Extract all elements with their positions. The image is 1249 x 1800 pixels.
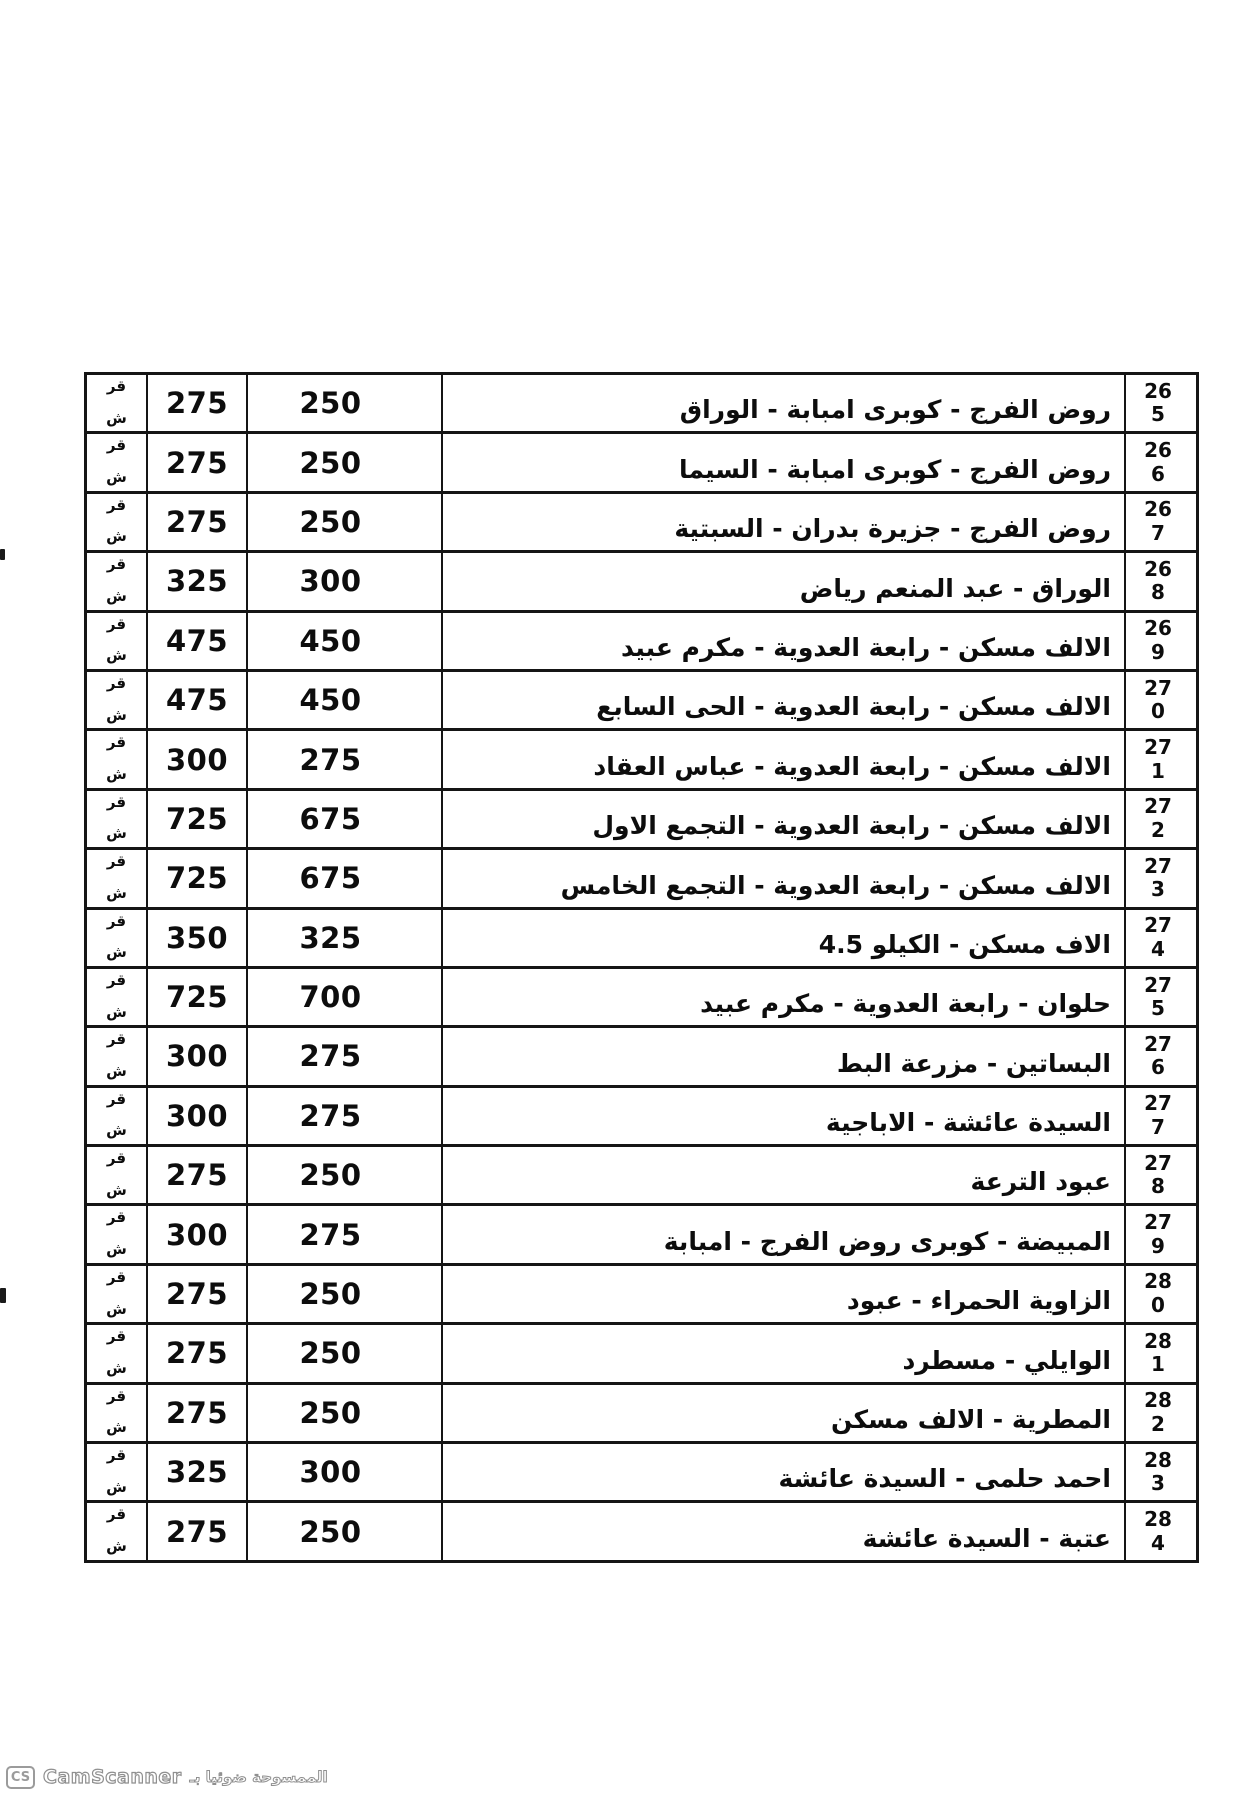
currency-unit-line1: قر xyxy=(107,1032,126,1048)
table-row: قر ش 275 250 روض الفرج - كوبرى امبابة - … xyxy=(87,375,1196,431)
route-number-cell: 26 8 xyxy=(1126,553,1196,609)
route-name-cell: روض الفرج - كوبرى امبابة - السيما xyxy=(443,434,1126,490)
fare-low-cell: 675 xyxy=(248,850,443,906)
route-number-bottom: 0 xyxy=(1151,700,1165,724)
currency-unit-line1: قر xyxy=(107,1329,126,1345)
route-name-cell: السيدة عائشة - الاباجية xyxy=(443,1088,1126,1144)
currency-unit-line2: ش xyxy=(106,1539,127,1555)
currency-unit-line1: قر xyxy=(107,379,126,395)
table-row: قر ش 300 275 الالف مسكن - رابعة العدوية … xyxy=(87,728,1196,787)
currency-unit-line1: قر xyxy=(107,1448,126,1464)
fare-low-cell: 325 xyxy=(248,910,443,966)
currency-unit-line2: ش xyxy=(106,1302,127,1318)
route-name-cell: الالف مسكن - رابعة العدوية - التجمع الخا… xyxy=(443,850,1126,906)
route-number-top: 27 xyxy=(1144,914,1172,938)
currency-unit-line1: قر xyxy=(107,1270,126,1286)
currency-unit-line2: ش xyxy=(106,826,127,842)
currency-unit-line2: ش xyxy=(106,1183,127,1199)
table-row: قر ش 325 300 الوراق - عبد المنعم رياض 26… xyxy=(87,550,1196,609)
camscanner-brand-text: CamScanner xyxy=(43,1766,182,1788)
route-name-cell: عتبة - السيدة عائشة xyxy=(443,1503,1126,1559)
fare-low-cell: 250 xyxy=(248,494,443,550)
fare-low-cell: 450 xyxy=(248,672,443,728)
currency-unit-cell: قر ش xyxy=(87,613,148,669)
currency-unit-line1: قر xyxy=(107,854,126,870)
currency-unit-cell: قر ش xyxy=(87,1385,148,1441)
route-number-cell: 27 8 xyxy=(1126,1147,1196,1203)
currency-unit-line2: ش xyxy=(106,648,127,664)
route-name-cell: الالف مسكن - رابعة العدوية - مكرم عبيد xyxy=(443,613,1126,669)
fare-low-cell: 250 xyxy=(248,1266,443,1322)
route-number-bottom: 8 xyxy=(1151,581,1165,605)
route-name-cell: حلوان - رابعة العدوية - مكرم عبيد xyxy=(443,969,1126,1025)
route-name-cell: البساتين - مزرعة البط xyxy=(443,1028,1126,1084)
fare-high-cell: 475 xyxy=(148,672,248,728)
currency-unit-cell: قر ش xyxy=(87,791,148,847)
route-number-cell: 27 5 xyxy=(1126,969,1196,1025)
route-number-cell: 28 0 xyxy=(1126,1266,1196,1322)
route-number-top: 27 xyxy=(1144,855,1172,879)
table-row: قر ش 325 300 احمد حلمى - السيدة عائشة 28… xyxy=(87,1441,1196,1500)
route-number-top: 27 xyxy=(1144,795,1172,819)
currency-unit-line2: ش xyxy=(106,1361,127,1377)
currency-unit-cell: قر ش xyxy=(87,910,148,966)
fare-high-cell: 325 xyxy=(148,553,248,609)
route-name-cell: الالف مسكن - رابعة العدوية - التجمع الاو… xyxy=(443,791,1126,847)
currency-unit-line1: قر xyxy=(107,1151,126,1167)
fare-high-cell: 275 xyxy=(148,494,248,550)
fare-high-cell: 350 xyxy=(148,910,248,966)
table-row: قر ش 275 250 روض الفرج - جزيرة بدران - ا… xyxy=(87,491,1196,550)
table-row: قر ش 475 450 الالف مسكن - رابعة العدوية … xyxy=(87,610,1196,669)
route-number-bottom: 0 xyxy=(1151,1294,1165,1318)
currency-unit-cell: قر ش xyxy=(87,1147,148,1203)
currency-unit-cell: قر ش xyxy=(87,553,148,609)
route-number-top: 26 xyxy=(1144,617,1172,641)
fare-high-cell: 725 xyxy=(148,791,248,847)
table-row: قر ش 300 275 السيدة عائشة - الاباجية 27 … xyxy=(87,1085,1196,1144)
currency-unit-line1: قر xyxy=(107,1507,126,1523)
route-number-bottom: 4 xyxy=(1151,938,1165,962)
fare-low-cell: 700 xyxy=(248,969,443,1025)
route-name-cell: المطرية - الالف مسكن xyxy=(443,1385,1126,1441)
camscanner-watermark: CS CamScanner الممسوحة ضوئيا بـ xyxy=(6,1763,328,1791)
currency-unit-cell: قر ش xyxy=(87,1206,148,1262)
scan-artifact xyxy=(0,549,5,560)
currency-unit-cell: قر ش xyxy=(87,434,148,490)
route-name-cell: عبود الترعة xyxy=(443,1147,1126,1203)
currency-unit-line2: ش xyxy=(106,1242,127,1258)
route-name-cell: الزاوية الحمراء - عبود xyxy=(443,1266,1126,1322)
route-number-cell: 26 5 xyxy=(1126,375,1196,431)
fare-low-cell: 250 xyxy=(248,434,443,490)
currency-unit-cell: قر ش xyxy=(87,375,148,431)
route-name-cell: الاف مسكن - الكيلو 4.5 xyxy=(443,910,1126,966)
scanned-with-arabic-text: الممسوحة ضوئيا بـ xyxy=(190,1768,328,1786)
table-row: قر ش 300 275 البساتين - مزرعة البط 27 6 xyxy=(87,1025,1196,1084)
route-name-cell: الالف مسكن - رابعة العدوية - عباس العقاد xyxy=(443,731,1126,787)
table-row: قر ش 350 325 الاف مسكن - الكيلو 4.5 27 4 xyxy=(87,907,1196,966)
fare-high-cell: 275 xyxy=(148,375,248,431)
currency-unit-cell: قر ش xyxy=(87,1325,148,1381)
route-number-cell: 27 6 xyxy=(1126,1028,1196,1084)
route-number-bottom: 2 xyxy=(1151,1413,1165,1437)
fare-low-cell: 275 xyxy=(248,731,443,787)
table-row: قر ش 275 250 عبود الترعة 27 8 xyxy=(87,1144,1196,1203)
currency-unit-line2: ش xyxy=(106,1123,127,1139)
route-number-top: 27 xyxy=(1144,736,1172,760)
fare-high-cell: 275 xyxy=(148,1325,248,1381)
route-number-cell: 26 6 xyxy=(1126,434,1196,490)
currency-unit-cell: قر ش xyxy=(87,1266,148,1322)
route-name-cell: الوراق - عبد المنعم رياض xyxy=(443,553,1126,609)
fare-low-cell: 250 xyxy=(248,375,443,431)
route-number-bottom: 1 xyxy=(1151,1353,1165,1377)
fare-high-cell: 300 xyxy=(148,1028,248,1084)
route-number-bottom: 2 xyxy=(1151,819,1165,843)
currency-unit-cell: قر ش xyxy=(87,1444,148,1500)
currency-unit-cell: قر ش xyxy=(87,1088,148,1144)
route-number-cell: 26 9 xyxy=(1126,613,1196,669)
route-number-bottom: 6 xyxy=(1151,1056,1165,1080)
currency-unit-line2: ش xyxy=(106,411,127,427)
route-number-top: 28 xyxy=(1144,1389,1172,1413)
route-name-cell: احمد حلمى - السيدة عائشة xyxy=(443,1444,1126,1500)
fare-low-cell: 275 xyxy=(248,1028,443,1084)
route-number-cell: 26 7 xyxy=(1126,494,1196,550)
currency-unit-line2: ش xyxy=(106,1480,127,1496)
currency-unit-line1: قر xyxy=(107,438,126,454)
route-number-bottom: 9 xyxy=(1151,1235,1165,1259)
currency-unit-line2: ش xyxy=(106,470,127,486)
fare-high-cell: 300 xyxy=(148,731,248,787)
currency-unit-line2: ش xyxy=(106,767,127,783)
route-number-top: 26 xyxy=(1144,380,1172,404)
route-number-top: 27 xyxy=(1144,1152,1172,1176)
fare-low-cell: 275 xyxy=(248,1088,443,1144)
fare-high-cell: 300 xyxy=(148,1088,248,1144)
currency-unit-line2: ش xyxy=(106,886,127,902)
fare-low-cell: 250 xyxy=(248,1147,443,1203)
route-name-cell: المبيضة - كوبرى روض الفرج - امبابة xyxy=(443,1206,1126,1262)
route-number-top: 27 xyxy=(1144,1092,1172,1116)
currency-unit-line2: ش xyxy=(106,1005,127,1021)
fare-low-cell: 300 xyxy=(248,1444,443,1500)
fare-high-cell: 275 xyxy=(148,1503,248,1559)
table-row: قر ش 275 250 روض الفرج - كوبرى امبابة - … xyxy=(87,431,1196,490)
route-number-cell: 27 0 xyxy=(1126,672,1196,728)
currency-unit-line1: قر xyxy=(107,795,126,811)
currency-unit-line1: قر xyxy=(107,676,126,692)
table-row: قر ش 475 450 الالف مسكن - رابعة العدوية … xyxy=(87,669,1196,728)
fare-low-cell: 675 xyxy=(248,791,443,847)
route-number-cell: 27 4 xyxy=(1126,910,1196,966)
route-number-bottom: 5 xyxy=(1151,403,1165,427)
fare-high-cell: 475 xyxy=(148,613,248,669)
route-number-cell: 28 2 xyxy=(1126,1385,1196,1441)
table-row: قر ش 275 250 الوايلي - مسطرد 28 1 xyxy=(87,1322,1196,1381)
fare-table: قر ش 275 250 روض الفرج - كوبرى امبابة - … xyxy=(84,372,1199,1563)
fare-high-cell: 725 xyxy=(148,850,248,906)
route-number-bottom: 9 xyxy=(1151,641,1165,665)
table-row: قر ش 275 250 الزاوية الحمراء - عبود 28 0 xyxy=(87,1263,1196,1322)
table-row: قر ش 725 675 الالف مسكن - رابعة العدوية … xyxy=(87,847,1196,906)
currency-unit-cell: قر ش xyxy=(87,969,148,1025)
route-number-top: 27 xyxy=(1144,677,1172,701)
route-number-bottom: 3 xyxy=(1151,1472,1165,1496)
currency-unit-cell: قر ش xyxy=(87,850,148,906)
currency-unit-line1: قر xyxy=(107,914,126,930)
route-number-bottom: 5 xyxy=(1151,997,1165,1021)
route-number-bottom: 6 xyxy=(1151,463,1165,487)
fare-low-cell: 250 xyxy=(248,1325,443,1381)
route-number-top: 28 xyxy=(1144,1508,1172,1532)
currency-unit-line2: ش xyxy=(106,708,127,724)
table-row: قر ش 725 675 الالف مسكن - رابعة العدوية … xyxy=(87,788,1196,847)
route-number-bottom: 3 xyxy=(1151,878,1165,902)
route-number-top: 26 xyxy=(1144,558,1172,582)
route-number-cell: 28 4 xyxy=(1126,1503,1196,1559)
fare-high-cell: 725 xyxy=(148,969,248,1025)
fare-high-cell: 300 xyxy=(148,1206,248,1262)
route-number-cell: 27 9 xyxy=(1126,1206,1196,1262)
currency-unit-cell: قر ش xyxy=(87,1028,148,1084)
route-number-bottom: 4 xyxy=(1151,1532,1165,1556)
route-number-top: 27 xyxy=(1144,1033,1172,1057)
currency-unit-line2: ش xyxy=(106,529,127,545)
fare-high-cell: 275 xyxy=(148,1266,248,1322)
currency-unit-cell: قر ش xyxy=(87,1503,148,1559)
route-number-top: 28 xyxy=(1144,1270,1172,1294)
scanned-document-page: { "document": { "currency_unit_lines": [… xyxy=(0,0,1249,1800)
route-number-top: 28 xyxy=(1144,1330,1172,1354)
fare-high-cell: 275 xyxy=(148,1385,248,1441)
table-row: قر ش 275 250 عتبة - السيدة عائشة 28 4 xyxy=(87,1500,1196,1559)
fare-high-cell: 275 xyxy=(148,1147,248,1203)
currency-unit-line2: ش xyxy=(106,589,127,605)
route-number-bottom: 8 xyxy=(1151,1175,1165,1199)
currency-unit-line1: قر xyxy=(107,1389,126,1405)
camscanner-logo-icon: CS xyxy=(6,1766,35,1789)
currency-unit-line2: ش xyxy=(106,1420,127,1436)
route-number-cell: 27 7 xyxy=(1126,1088,1196,1144)
route-name-cell: روض الفرج - كوبرى امبابة - الوراق xyxy=(443,375,1126,431)
currency-unit-cell: قر ش xyxy=(87,731,148,787)
route-number-bottom: 7 xyxy=(1151,1116,1165,1140)
route-number-cell: 27 2 xyxy=(1126,791,1196,847)
scan-artifact xyxy=(0,1288,6,1303)
fare-high-cell: 275 xyxy=(148,434,248,490)
route-number-top: 28 xyxy=(1144,1449,1172,1473)
fare-low-cell: 275 xyxy=(248,1206,443,1262)
currency-unit-line1: قر xyxy=(107,973,126,989)
fare-low-cell: 450 xyxy=(248,613,443,669)
currency-unit-line1: قر xyxy=(107,735,126,751)
currency-unit-line1: قر xyxy=(107,498,126,514)
fare-low-cell: 250 xyxy=(248,1385,443,1441)
currency-unit-line1: قر xyxy=(107,1092,126,1108)
currency-unit-line1: قر xyxy=(107,617,126,633)
currency-unit-cell: قر ش xyxy=(87,672,148,728)
currency-unit-line1: قر xyxy=(107,1210,126,1226)
route-number-top: 27 xyxy=(1144,974,1172,998)
route-number-cell: 28 3 xyxy=(1126,1444,1196,1500)
table-row: قر ش 275 250 المطرية - الالف مسكن 28 2 xyxy=(87,1382,1196,1441)
currency-unit-line2: ش xyxy=(106,945,127,961)
fare-low-cell: 250 xyxy=(248,1503,443,1559)
route-name-cell: روض الفرج - جزيرة بدران - السبتية xyxy=(443,494,1126,550)
currency-unit-line2: ش xyxy=(106,1064,127,1080)
route-number-top: 27 xyxy=(1144,1211,1172,1235)
route-name-cell: الوايلي - مسطرد xyxy=(443,1325,1126,1381)
route-number-cell: 28 1 xyxy=(1126,1325,1196,1381)
route-number-cell: 27 1 xyxy=(1126,731,1196,787)
route-name-cell: الالف مسكن - رابعة العدوية - الحى السابع xyxy=(443,672,1126,728)
fare-high-cell: 325 xyxy=(148,1444,248,1500)
table-row: قر ش 300 275 المبيضة - كوبرى روض الفرج -… xyxy=(87,1203,1196,1262)
route-number-top: 26 xyxy=(1144,439,1172,463)
currency-unit-cell: قر ش xyxy=(87,494,148,550)
table-row: قر ش 725 700 حلوان - رابعة العدوية - مكر… xyxy=(87,966,1196,1025)
route-number-bottom: 7 xyxy=(1151,522,1165,546)
fare-low-cell: 300 xyxy=(248,553,443,609)
route-number-top: 26 xyxy=(1144,498,1172,522)
currency-unit-line1: قر xyxy=(107,557,126,573)
route-number-bottom: 1 xyxy=(1151,760,1165,784)
route-number-cell: 27 3 xyxy=(1126,850,1196,906)
